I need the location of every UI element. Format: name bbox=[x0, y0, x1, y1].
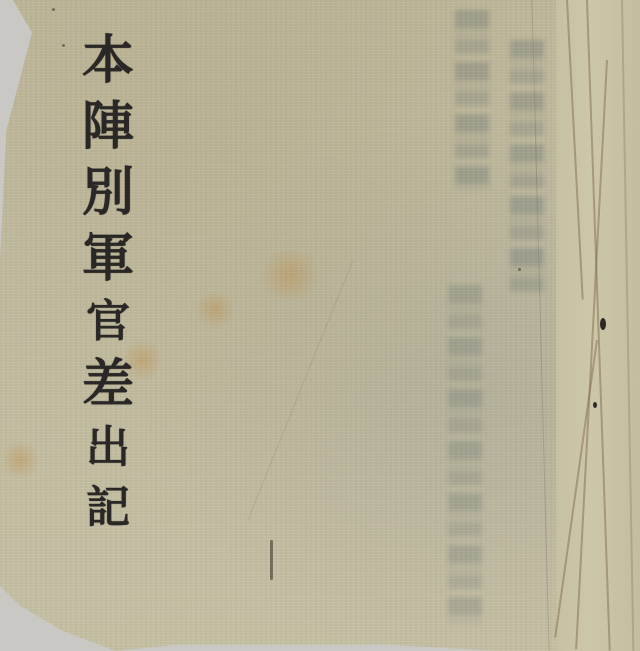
binding-hole bbox=[600, 318, 606, 330]
bleed-through-text-column bbox=[455, 10, 489, 190]
document-photo: 本 陣 別 軍 官 差 出 記 bbox=[0, 0, 640, 651]
speck bbox=[270, 540, 273, 580]
title-char: 陣 bbox=[82, 94, 134, 160]
title-char: 記 bbox=[86, 478, 130, 538]
speck bbox=[518, 268, 521, 271]
bleed-through-text-column bbox=[448, 285, 482, 625]
fold-line bbox=[248, 260, 354, 520]
speck bbox=[52, 8, 55, 11]
title-char: 別 bbox=[82, 160, 134, 226]
cover-title: 本 陣 別 軍 官 差 出 記 bbox=[58, 28, 158, 538]
fold-line bbox=[531, 0, 549, 651]
foxing-stain bbox=[195, 290, 235, 330]
bleed-through-text-column bbox=[510, 40, 544, 300]
binding-hole bbox=[593, 402, 597, 408]
foxing-stain bbox=[255, 250, 325, 300]
title-char: 官 bbox=[86, 292, 130, 352]
foxing-stain bbox=[0, 440, 40, 480]
title-char: 出 bbox=[86, 418, 130, 478]
binding-edge bbox=[556, 0, 640, 651]
title-char: 軍 bbox=[82, 226, 134, 292]
title-char: 差 bbox=[82, 352, 134, 418]
title-char: 本 bbox=[82, 28, 134, 94]
